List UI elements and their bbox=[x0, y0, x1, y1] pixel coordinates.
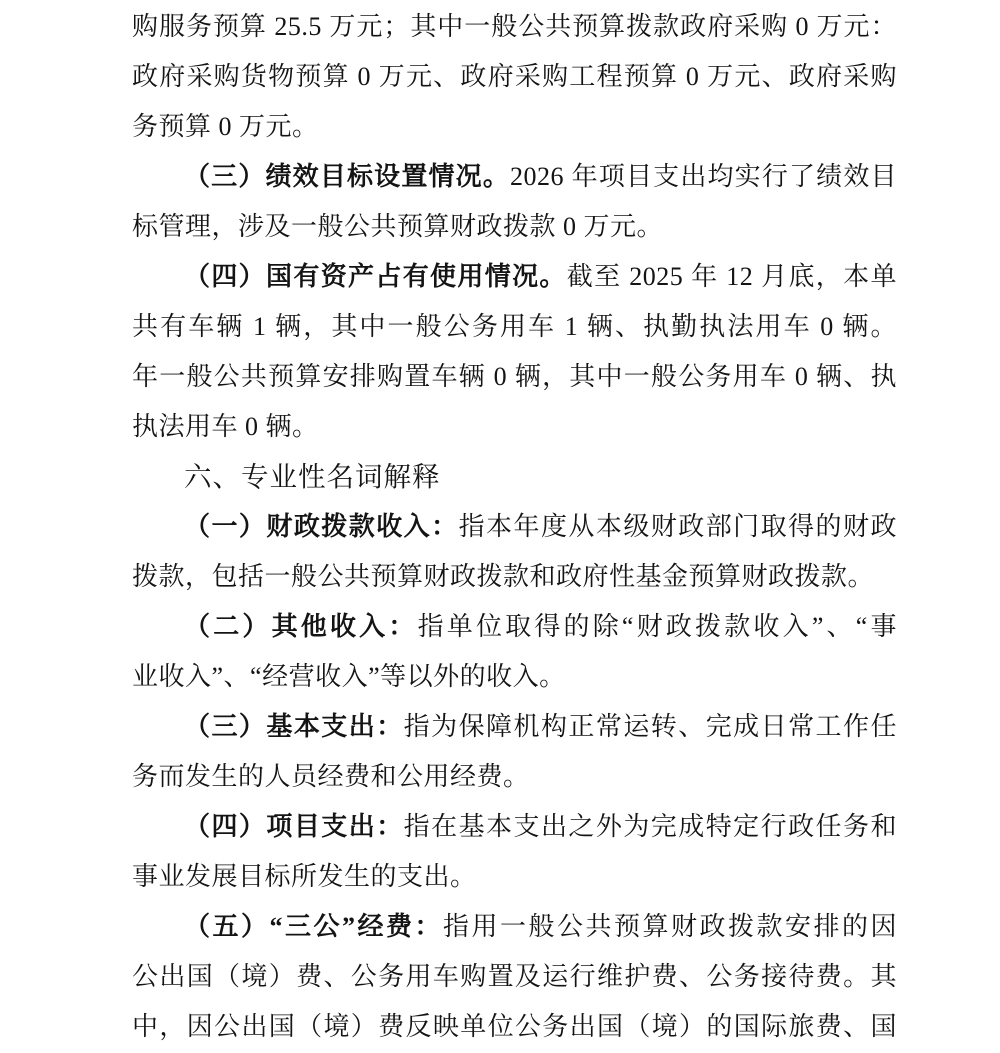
document-line: （三）基本支出：指为保障机构正常运转、完成日常工作任 bbox=[132, 702, 897, 752]
document-body: 购服务预算 25.5 万元；其中一般公共预算拨款政府采购 0 万元：政府采购货物… bbox=[132, 2, 897, 1052]
document-line: 务而发生的人员经费和公用经费。 bbox=[132, 752, 897, 802]
text-segment: 2026 年项目支出均实行了绩效目 bbox=[510, 162, 897, 191]
text-segment: 指本年度从本级财政部门取得的财政 bbox=[459, 512, 897, 541]
document-line: （一）财政拨款收入：指本年度从本级财政部门取得的财政 bbox=[132, 502, 897, 552]
document-line: 政府采购货物预算 0 万元、政府采购工程预算 0 万元、政府采购服 bbox=[132, 52, 897, 102]
text-segment: 务而发生的人员经费和公用经费。 bbox=[132, 762, 530, 791]
text-segment: 中，因公出国（境）费反映单位公务出国（境）的国际旅费、国 bbox=[132, 1012, 897, 1041]
text-segment: 标管理，涉及一般公共预算财政拨款 0 万元。 bbox=[132, 212, 663, 241]
document-line: （二）其他收入：指单位取得的除“财政拨款收入”、“事 bbox=[132, 602, 897, 652]
document-line: 购服务预算 25.5 万元；其中一般公共预算拨款政府采购 0 万元： bbox=[132, 2, 897, 52]
paragraph-lead: （四）国有资产占有使用情况。 bbox=[184, 262, 567, 291]
document-page: 购服务预算 25.5 万元；其中一般公共预算拨款政府采购 0 万元：政府采购货物… bbox=[0, 0, 1000, 1053]
document-line: （四）项目支出：指在基本支出之外为完成特定行政任务和 bbox=[132, 802, 897, 852]
document-line: 公出国（境）费、公务用车购置及运行维护费、公务接待费。其 bbox=[132, 952, 897, 1002]
text-segment: 政府采购货物预算 0 万元、政府采购工程预算 0 万元、政府采购服 bbox=[132, 62, 897, 102]
document-line: 中，因公出国（境）费反映单位公务出国（境）的国际旅费、国 bbox=[132, 1002, 897, 1052]
paragraph-lead: （三）基本支出： bbox=[184, 712, 404, 741]
text-segment: 购服务预算 25.5 万元；其中一般公共预算拨款政府采购 0 万元： bbox=[132, 12, 897, 41]
document-line: 务预算 0 万元。 bbox=[132, 102, 897, 152]
document-line: （四）国有资产占有使用情况。截至 2025 年 12 月底，本单位 bbox=[132, 252, 897, 302]
text-segment: 务预算 0 万元。 bbox=[132, 112, 319, 141]
text-segment: 指用一般公共预算财政拨款安排的因 bbox=[443, 912, 897, 941]
text-segment: 执法用车 0 辆。 bbox=[132, 412, 319, 441]
section-heading: 六、专业性名词解释 bbox=[132, 452, 897, 502]
document-line: （五）“三公”经费：指用一般公共预算财政拨款安排的因 bbox=[132, 902, 897, 952]
document-line: 标管理，涉及一般公共预算财政拨款 0 万元。 bbox=[132, 202, 897, 252]
document-line: 年一般公共预算安排购置车辆 0 辆，其中一般公务用车 0 辆、执勤 bbox=[132, 352, 897, 402]
document-line: 共有车辆 1 辆，其中一般公务用车 1 辆、执勤执法用车 0 辆。2026 bbox=[132, 302, 897, 352]
text-segment: 指单位取得的除“财政拨款收入”、“事 bbox=[418, 612, 897, 641]
text-segment: 指在基本支出之外为完成特定行政任务和 bbox=[404, 812, 897, 841]
paragraph-lead: （二）其他收入： bbox=[184, 612, 418, 641]
paragraph-lead: （五）“三公”经费： bbox=[184, 912, 443, 941]
document-line: 执法用车 0 辆。 bbox=[132, 402, 897, 452]
document-line: 拨款，包括一般公共预算财政拨款和政府性基金预算财政拨款。 bbox=[132, 552, 897, 602]
paragraph-lead: （一）财政拨款收入： bbox=[184, 512, 459, 541]
paragraph-lead: （四）项目支出： bbox=[184, 812, 404, 841]
text-segment: 六、专业性名词解释 bbox=[184, 461, 441, 492]
document-line: 业收入”、“经营收入”等以外的收入。 bbox=[132, 652, 897, 702]
text-segment: 共有车辆 1 辆，其中一般公务用车 1 辆、执勤执法用车 0 辆。2026 bbox=[132, 312, 897, 352]
paragraph-lead: （三）绩效目标设置情况。 bbox=[184, 162, 510, 191]
text-segment: 事业发展目标所发生的支出。 bbox=[132, 862, 477, 891]
text-segment: 拨款，包括一般公共预算财政拨款和政府性基金预算财政拨款。 bbox=[132, 562, 874, 591]
text-segment: 公出国（境）费、公务用车购置及运行维护费、公务接待费。其 bbox=[132, 962, 897, 991]
document-line: （三）绩效目标设置情况。2026 年项目支出均实行了绩效目 bbox=[132, 152, 897, 202]
text-segment: 指为保障机构正常运转、完成日常工作任 bbox=[404, 712, 897, 741]
text-segment: 业收入”、“经营收入”等以外的收入。 bbox=[132, 662, 566, 691]
text-segment: 年一般公共预算安排购置车辆 0 辆，其中一般公务用车 0 辆、执勤 bbox=[132, 362, 897, 402]
document-line: 事业发展目标所发生的支出。 bbox=[132, 852, 897, 902]
